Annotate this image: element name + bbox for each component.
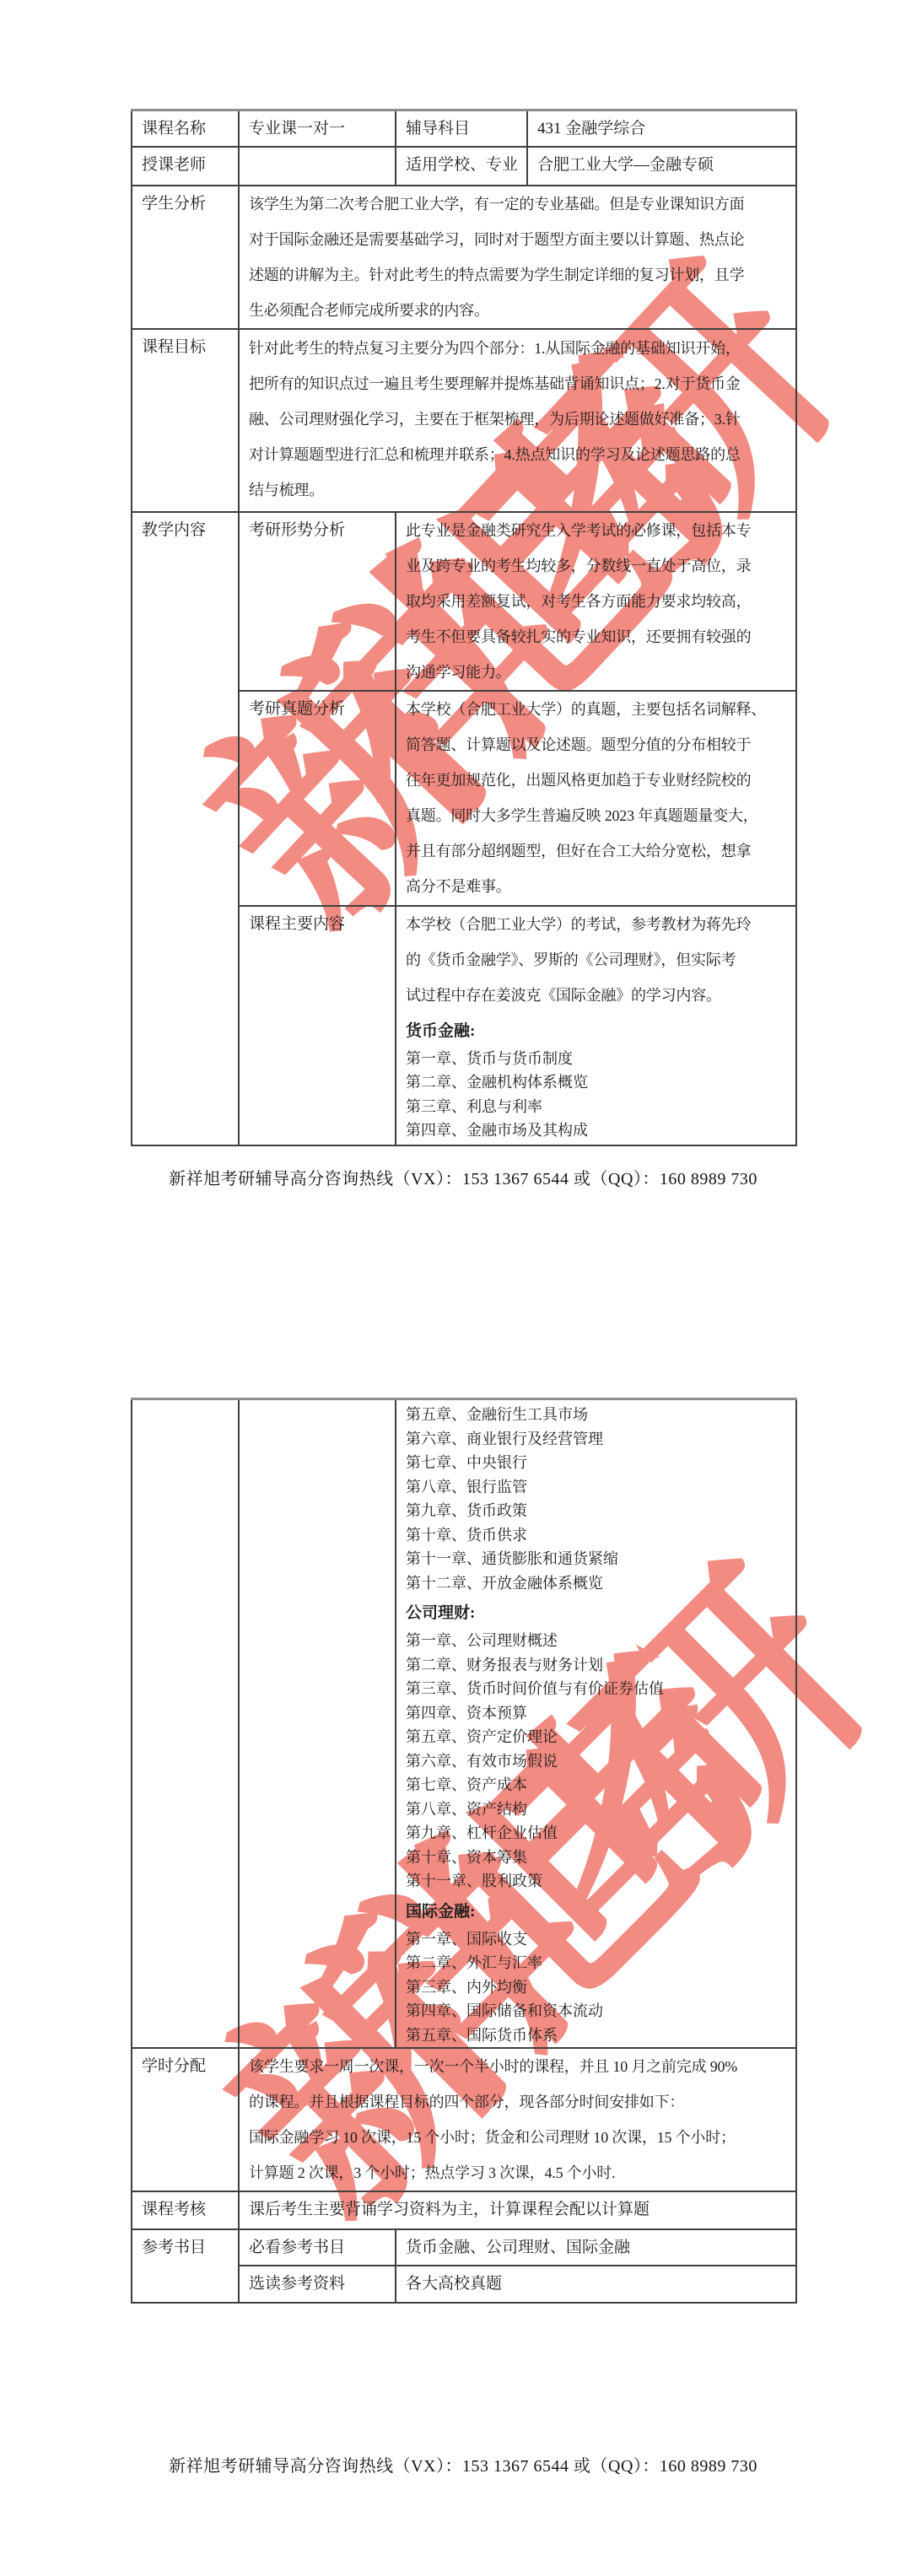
monetary-finance-chapters-continued: 第五章、金融衍生工具市场 第六章、商业银行及经营管理 第七章、中央银行 第八章、…	[406, 1403, 790, 1595]
course-goal-cell: 针对此考生的特点复习主要分为四个部分：1.从国际金融的基础知识开始， 把所有的知…	[239, 329, 796, 512]
course-plan-table-page1: 课程名称 专业课一对一 辅导科目 431 金融学综合 授课老师 适用学校、专业 …	[131, 109, 797, 1146]
main-content-intro: 本学校（合肥工业大学）的考试，参考教材为蒋先玲 的《货币金融学》、罗斯的《公司理…	[406, 907, 790, 1013]
references-label: 参考书目	[132, 2229, 239, 2303]
course-plan-table-page2: 第五章、金融衍生工具市场 第六章、商业银行及经营管理 第七章、中央银行 第八章、…	[131, 1398, 797, 2304]
must-read-books-value: 货币金融、公司理财、国际金融	[396, 2229, 796, 2266]
table-row: 课程目标 针对此考生的特点复习主要分为四个部分：1.从国际金融的基础知识开始， …	[132, 329, 796, 512]
monetary-finance-heading: 货币金融:	[406, 1019, 790, 1044]
school-label: 适用学校、专业	[396, 147, 527, 186]
course-name-label: 课程名称	[132, 110, 239, 147]
must-read-books-label: 必看参考书目	[239, 2229, 396, 2266]
course-goal-label: 课程目标	[132, 329, 239, 512]
assessment-label: 课程考核	[132, 2191, 239, 2229]
real-exam-analysis-label: 考研真题分析	[239, 691, 396, 906]
hotline-footer-page1: 新祥旭考研辅导高分咨询热线（VX）：153 1367 6544 或（QQ）：16…	[131, 1165, 795, 1189]
main-content-label: 课程主要内容	[239, 906, 396, 1145]
hours-allocation-cell: 该学生要求一周一次课，一次一个半小时的课程，并且 10 月之前完成 90% 的课…	[239, 2048, 796, 2191]
hours-allocation-label: 学时分配	[132, 2048, 239, 2191]
course-name-value: 专业课一对一	[239, 110, 396, 147]
document-page: 新祥旭考研 新祥旭考研 课程名称 专业课一对一 辅导科目 431 金融学综合 授…	[0, 0, 911, 2576]
international-finance-chapters: 第一章、国际收支 第二章、外汇与汇率 第三章、内外均衡 第四章、国际储备和资本流…	[406, 1927, 790, 2048]
optional-materials-value: 各大高校真题	[396, 2266, 796, 2303]
monetary-finance-chapters: 第一章、货币与货币制度 第二章、金融机构体系概览 第三章、利息与利率 第四章、金…	[406, 1047, 790, 1143]
subject-label: 辅导科目	[396, 110, 527, 147]
exam-situation-text: 此专业是金融类研究生入学考试的必修课，包括本专 业及跨专业的考生均较多，分数线一…	[406, 513, 790, 690]
exam-situation-cell: 此专业是金融类研究生入学考试的必修课，包括本专 业及跨专业的考生均较多，分数线一…	[396, 512, 796, 691]
table-row: 课程考核 课后考生主要背诵学习资料为主，计算课程会配以计算题	[132, 2191, 796, 2229]
optional-materials-label: 选读参考资料	[239, 2266, 396, 2303]
corporate-finance-heading: 公司理财:	[406, 1601, 790, 1626]
hotline-footer-page2: 新祥旭考研辅导高分咨询热线（VX）：153 1367 6544 或（QQ）：16…	[131, 2452, 795, 2476]
empty-cell	[132, 1399, 239, 2049]
table-row: 第五章、金融衍生工具市场 第六章、商业银行及经营管理 第七章、中央银行 第八章、…	[132, 1399, 796, 2049]
exam-situation-label: 考研形势分析	[239, 512, 396, 691]
course-goal-text: 针对此考生的特点复习主要分为四个部分：1.从国际金融的基础知识开始， 把所有的知…	[249, 330, 790, 508]
assessment-text: 课后考生主要背诵学习资料为主，计算课程会配以计算题	[239, 2191, 796, 2229]
teaching-content-label: 教学内容	[132, 512, 239, 1145]
table-row: 教学内容 考研形势分析 此专业是金融类研究生入学考试的必修课，包括本专 业及跨专…	[132, 512, 796, 691]
table-row: 授课老师 适用学校、专业 合肥工业大学—金融专硕	[132, 147, 796, 186]
hours-allocation-text: 该学生要求一周一次课，一次一个半小时的课程，并且 10 月之前完成 90% 的课…	[249, 2049, 790, 2191]
table-row: 参考书目 必看参考书目 货币金融、公司理财、国际金融	[132, 2229, 796, 2266]
student-analysis-cell: 该学生为第二次考合肥工业大学，有一定的专业基础。但是专业课知识方面 对于国际金融…	[239, 186, 796, 329]
teacher-value-empty	[239, 147, 396, 186]
student-analysis-label: 学生分析	[132, 186, 239, 329]
empty-cell	[239, 1399, 396, 2049]
main-content-continued-cell: 第五章、金融衍生工具市场 第六章、商业银行及经营管理 第七章、中央银行 第八章、…	[396, 1399, 796, 2049]
subject-value: 431 金融学综合	[527, 110, 796, 147]
student-analysis-text: 该学生为第二次考合肥工业大学，有一定的专业基础。但是专业课知识方面 对于国际金融…	[249, 186, 790, 328]
real-exam-analysis-text: 本学校（合肥工业大学）的真题，主要包括名词解释、 简答题、计算题以及论述题。题型…	[406, 692, 790, 904]
table-row: 学时分配 该学生要求一周一次课，一次一个半小时的课程，并且 10 月之前完成 9…	[132, 2048, 796, 2191]
teacher-label: 授课老师	[132, 147, 239, 186]
international-finance-heading: 国际金融:	[406, 1900, 790, 1925]
corporate-finance-chapters: 第一章、公司理财概述 第二章、财务报表与财务计划 第三章、货币时间价值与有价证券…	[406, 1629, 790, 1894]
real-exam-analysis-cell: 本学校（合肥工业大学）的真题，主要包括名词解释、 简答题、计算题以及论述题。题型…	[396, 691, 796, 906]
main-content-cell: 本学校（合肥工业大学）的考试，参考教材为蒋先玲 的《货币金融学》、罗斯的《公司理…	[396, 906, 796, 1145]
school-value: 合肥工业大学—金融专硕	[527, 147, 796, 186]
table-row: 学生分析 该学生为第二次考合肥工业大学，有一定的专业基础。但是专业课知识方面 对…	[132, 186, 796, 329]
table-row: 课程名称 专业课一对一 辅导科目 431 金融学综合	[132, 110, 796, 147]
